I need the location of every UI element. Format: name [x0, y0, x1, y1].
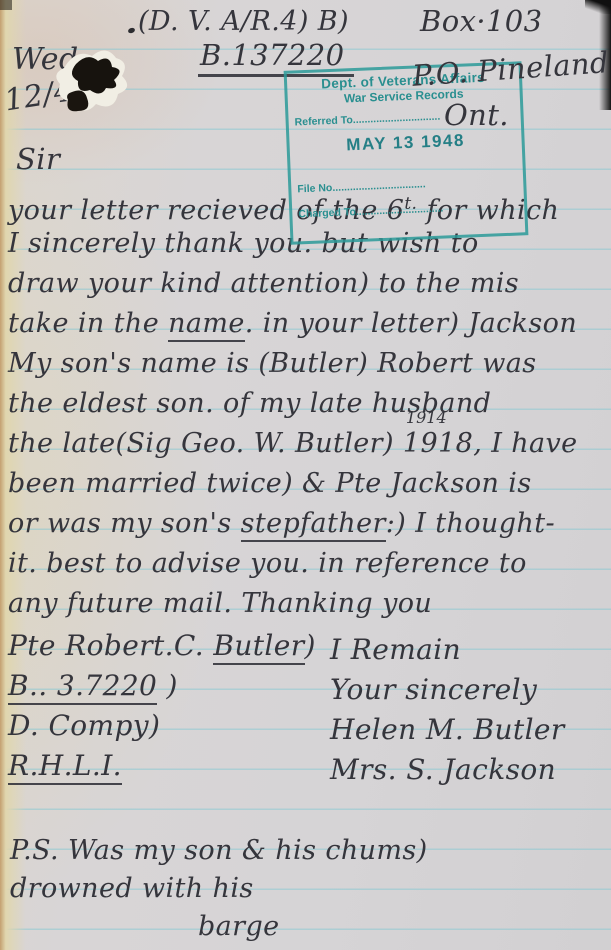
closing-address-block: Pte Robert.C. Butler)B.. 3.7220 )D. Comp… [8, 626, 316, 786]
page-corner-shadow-topright [585, 0, 611, 14]
province: Ont. [444, 98, 509, 132]
letter-line: the late(Sig Geo. W. Butler) 19141918, I… [8, 424, 611, 464]
scanned-letter-page: (D. V. A/R.4) B) Box·103 B.137220 Wed 12… [0, 0, 611, 950]
letter-line: any future mail. Thanking you [8, 584, 611, 624]
box-number: Box·103 [420, 4, 543, 38]
letter-line: take in the name. in your letter) Jackso… [8, 304, 611, 344]
letter-line: draw your kind attention) to the mis [8, 264, 611, 304]
postscript-line: barge [198, 908, 428, 946]
closing-right-line: Mrs. S. Jackson [330, 750, 565, 790]
closing-right-line: I Remain [330, 630, 565, 670]
closing-right-line: Your sincerely [330, 670, 565, 710]
letter-body: your letter recieved of the 6t. for whic… [8, 184, 611, 624]
salutation: Sir [16, 142, 60, 176]
letter-line: it. best to advise you. in reference to [8, 544, 611, 584]
stamp-charged-to: Charged To.............................. [292, 199, 524, 220]
letter-line: My son's name is (Butler) Robert was [8, 344, 611, 384]
post-office-location: P.O. Pineland [411, 45, 610, 93]
closing-left-line: Pte Robert.C. Butler) [8, 626, 316, 666]
letter-line: been married twice) & Pte Jackson is [8, 464, 611, 504]
letter-line: the eldest son. of my late husband [8, 384, 611, 424]
postscript: P.S. Was my son & his chums)drowned with… [10, 832, 428, 946]
year-correction: 1914 [406, 411, 447, 425]
closing-left-line: B.. 3.7220 ) [8, 666, 316, 706]
closing-left-line: R.H.L.I. [8, 746, 316, 786]
letter-line: or was my son's stepfather:) I thought- [8, 504, 611, 544]
closing-left-line: D. Compy) [8, 706, 316, 746]
postscript-line: P.S. Was my son & his chums) [10, 832, 428, 870]
page-corner-shadow-topleft [0, 0, 12, 10]
paper-hole [46, 40, 140, 128]
postscript-line: drowned with his [10, 870, 428, 908]
stamp-file-no: File No................................ [291, 174, 523, 195]
signature-block: I RemainYour sincerelyHelen M. ButlerMrs… [330, 630, 565, 790]
veterans-affairs-stamp: Dept. of Veterans Affairs War Service Re… [284, 61, 529, 244]
stamp-date: MAY 13 1948 [289, 128, 522, 157]
closing-right-line: Helen M. Butler [330, 710, 565, 750]
ink-dot [127, 27, 135, 34]
file-reference: (D. V. A/R.4) B) [138, 6, 349, 37]
